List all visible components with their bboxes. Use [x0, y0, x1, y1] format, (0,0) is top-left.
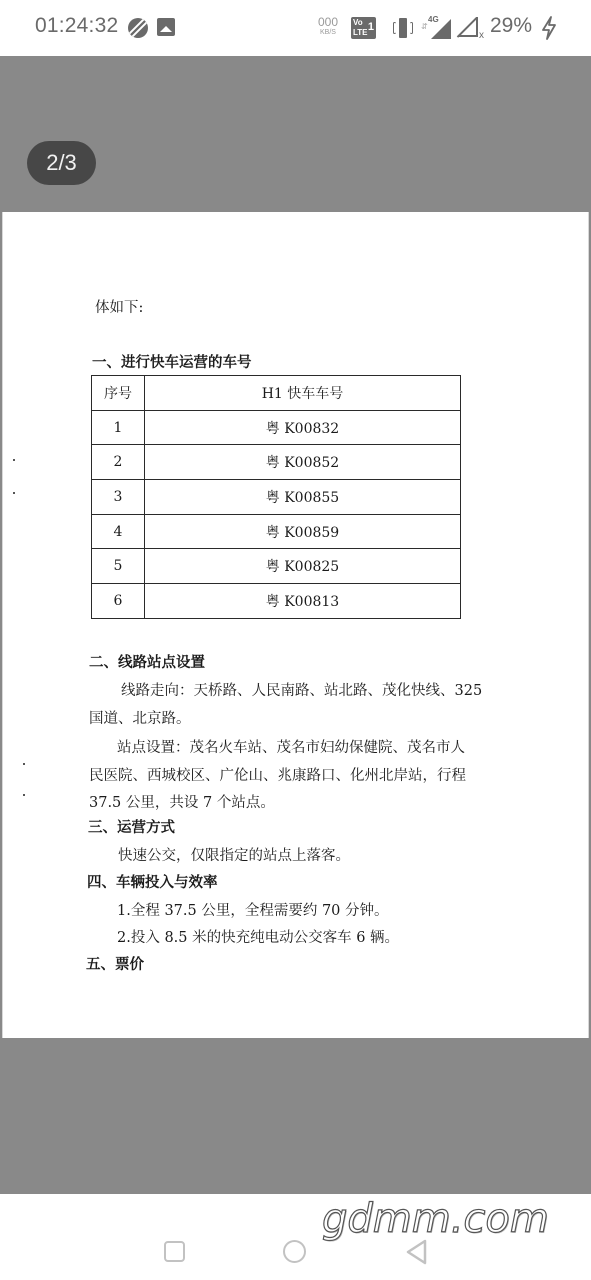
section5-heading: 五、票价	[86, 953, 144, 974]
efficiency-line-1: 1.全程 37.5 公里，全程需要约 70 分钟。	[117, 899, 389, 920]
efficiency-line-2: 2.投入 8.5 米的快充纯电动公交客车 6 辆。	[117, 926, 399, 947]
section2-heading: 二、线路站点设置	[89, 651, 205, 672]
section1-heading: 一、进行快车运营的车号	[92, 351, 252, 372]
row-index: 1	[92, 410, 145, 445]
row-plate: 粤 K00813	[145, 584, 461, 619]
battery-percent: 29%	[490, 14, 532, 38]
no-signal-icon: x	[458, 17, 482, 39]
row-plate: 粤 K00825	[145, 549, 461, 584]
table-header-row: 序号 H1 快车车号	[92, 376, 461, 411]
table-row: 2 粤 K00852	[92, 445, 461, 480]
row-index: 4	[92, 514, 145, 549]
home-button[interactable]	[283, 1240, 306, 1263]
volte-lte: LTE	[353, 28, 368, 37]
operation-line: 快速公交，仅限指定的站点上落客。	[118, 844, 350, 865]
section4-heading: 四、车辆投入与效率	[87, 871, 218, 892]
volte-vo: Vo	[353, 18, 363, 27]
charging-bolt-icon	[541, 16, 557, 40]
volte-sim: 1	[368, 22, 374, 32]
network-speed: 000 KB/S	[313, 16, 343, 36]
document-page[interactable]: 体如下: 一、进行快车运营的车号 序号 H1 快车车号 1 粤 K00832 2…	[2, 212, 589, 1038]
intro-text: 体如下:	[95, 296, 143, 317]
row-index: 6	[92, 584, 145, 619]
row-plate: 粤 K00832	[145, 410, 461, 445]
row-index: 2	[92, 445, 145, 480]
network-speed-value: 000	[313, 16, 343, 28]
table-row: 3 粤 K00855	[92, 480, 461, 515]
vibrate-icon	[393, 18, 413, 38]
scan-mark	[23, 794, 25, 796]
row-plate: 粤 K00859	[145, 514, 461, 549]
recents-button[interactable]	[164, 1241, 185, 1262]
scan-mark	[23, 763, 25, 765]
route-line-2: 国道、北京路。	[89, 707, 191, 728]
data-saver-icon	[128, 18, 148, 38]
stops-line-3: 37.5 公里，共设 7 个站点。	[89, 791, 275, 812]
scan-mark	[13, 459, 15, 461]
col-header-index: 序号	[92, 376, 145, 411]
back-button[interactable]	[404, 1238, 430, 1266]
gallery-icon	[157, 18, 175, 36]
row-index: 5	[92, 549, 145, 584]
route-line-1: 线路走向：天桥路、人民南路、站北路、茂化快线、325	[121, 679, 482, 700]
row-index: 3	[92, 480, 145, 515]
table-row: 5 粤 K00825	[92, 549, 461, 584]
status-bar: 01:24:32 000 KB/S Vo LTE 1 ⇵ 4G x 29%	[0, 0, 591, 56]
col-header-plate: H1 快车车号	[145, 376, 461, 411]
stops-line-2: 民医院、西城校区、广伦山、兆康路口、化州北岸站，行程	[89, 764, 466, 785]
table-row: 4 粤 K00859	[92, 514, 461, 549]
signal-4g-icon: ⇵ 4G	[421, 15, 451, 39]
page-indicator: 2/3	[27, 141, 96, 185]
section3-heading: 三、运营方式	[88, 816, 175, 837]
row-plate: 粤 K00852	[145, 445, 461, 480]
watermark-text: gdmm.com	[322, 1196, 549, 1242]
stops-line-1: 站点设置：茂名火车站、茂名市妇幼保健院、茂名市人	[117, 736, 465, 757]
table-row: 1 粤 K00832	[92, 410, 461, 445]
volte-icon: Vo LTE 1	[351, 17, 376, 39]
network-speed-unit: KB/S	[313, 29, 343, 36]
plate-table: 序号 H1 快车车号 1 粤 K00832 2 粤 K00852 3 粤 K00…	[91, 375, 461, 619]
row-plate: 粤 K00855	[145, 480, 461, 515]
clock: 01:24:32	[35, 14, 118, 38]
scan-mark	[13, 492, 15, 494]
table-row: 6 粤 K00813	[92, 584, 461, 619]
